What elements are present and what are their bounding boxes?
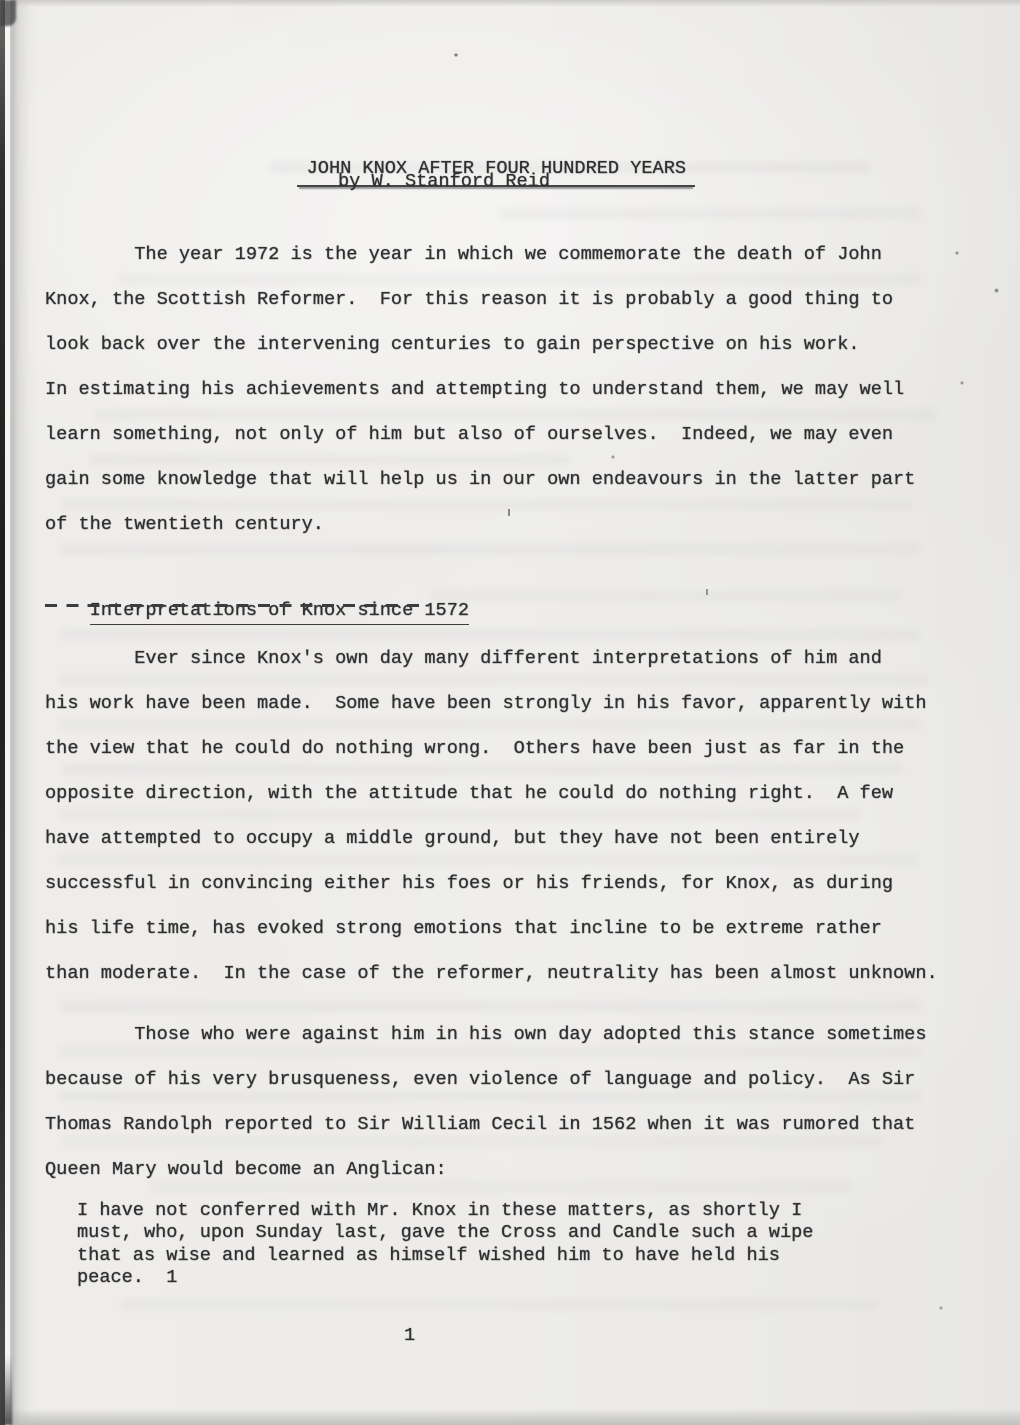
text-line: that as wise and learned as himself wish…: [77, 1245, 813, 1267]
paragraph-3: Those who were against him in his own da…: [45, 1012, 927, 1192]
text-line: look back over the intervening centuries…: [45, 322, 915, 367]
heading-dashed-underline: [45, 604, 429, 607]
section-heading-text: Interpretations of Knox since 1572: [90, 599, 469, 625]
text-line: In estimating his achievements and attem…: [45, 367, 915, 412]
text-line: Ever since Knox's own day many different…: [45, 636, 938, 681]
text-line: Knox, the Scottish Reformer. For this re…: [45, 277, 915, 322]
text-line: his life time, has evoked strong emotion…: [45, 906, 938, 951]
text-line: learn something, not only of him but als…: [45, 412, 915, 457]
text-line: I have not conferred with Mr. Knox in th…: [77, 1200, 813, 1222]
text-line: gain some knowledge that will help us in…: [45, 457, 915, 502]
scan-corner-top-left: [0, 0, 16, 26]
text-line: The year 1972 is the year in which we co…: [45, 232, 915, 277]
text-line: have attempted to occupy a middle ground…: [45, 816, 938, 861]
paragraph-2: Ever since Knox's own day many different…: [45, 636, 938, 996]
scan-edge-left-shadow: [10, 0, 30, 1425]
scanned-document-page: JOHN KNOX AFTER FOUR HUNDRED YEARS by W.…: [0, 0, 1020, 1425]
blockquote: I have not conferred with Mr. Knox in th…: [77, 1200, 813, 1290]
scan-edge-left-dark-band: [0, 0, 5, 1425]
text-line: successful in convincing either his foes…: [45, 861, 938, 906]
text-line: Thomas Randolph reported to Sir William …: [45, 1102, 927, 1147]
scan-corner-bottom-left: [0, 1355, 12, 1425]
scan-edge-top: [0, 0, 1020, 7]
text-line: Queen Mary would become an Anglican:: [45, 1147, 927, 1192]
text-line: than moderate. In the case of the reform…: [45, 951, 938, 996]
text-line: Those who were against him in his own da…: [45, 1012, 927, 1057]
page-number: 1: [404, 1325, 415, 1347]
text-line: opposite direction, with the attitude th…: [45, 771, 938, 816]
paragraph-1: The year 1972 is the year in which we co…: [45, 232, 915, 547]
scan-edge-left-highlight: [5, 0, 10, 1425]
text-line: of the twentieth century.: [45, 502, 915, 547]
text-line: must, who, upon Sunday last, gave the Cr…: [77, 1222, 813, 1244]
text-line: peace. 1: [77, 1267, 813, 1289]
text-line: the view that he could do nothing wrong.…: [45, 726, 938, 771]
text-line: his work have been made. Some have been …: [45, 681, 938, 726]
byline: by W. Stanford Reid: [338, 170, 550, 194]
scan-edge-bottom: [0, 1409, 1020, 1425]
text-line: because of his very brusqueness, even vi…: [45, 1057, 927, 1102]
